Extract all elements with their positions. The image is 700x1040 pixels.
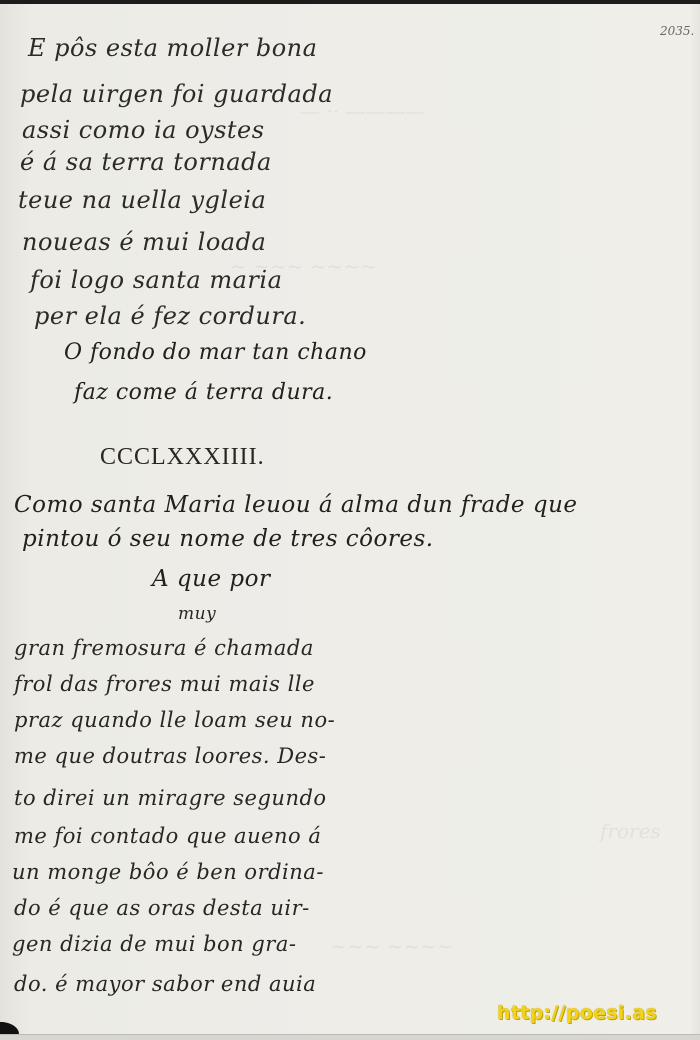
- verse-line: per ela é fez cordura.: [34, 302, 306, 330]
- body-line: me que doutras loores. Des-: [14, 744, 326, 768]
- site-watermark: http://poesi.as: [497, 1002, 657, 1024]
- body-line: un monge bôo é ben ordina-: [12, 860, 324, 884]
- body-line: praz quando lle loam seu no-: [14, 708, 335, 732]
- verse-line: noueas é mui loada: [22, 228, 266, 256]
- body-line: gran fremosura é chamada: [14, 636, 314, 660]
- manuscript-page: — ·· ———— ~ ~~~ ~~~~ frores ~~~ ~~~~ 203…: [0, 4, 700, 1034]
- interlinear-word: muy: [178, 604, 216, 624]
- body-line: to direi un miragre segundo: [14, 786, 327, 810]
- verse-line: E pôs esta moller bona: [28, 34, 317, 62]
- verse-line: teue na uella ygleia: [18, 186, 266, 214]
- verse-line: é á sa terra tornada: [20, 148, 272, 176]
- verse-line: foi logo santa maria: [30, 266, 282, 294]
- body-line: frol das frores mui mais lle: [14, 672, 315, 696]
- page-corner-shadow: [0, 1020, 22, 1034]
- rubric-line: Como santa Maria leuou á alma dun frade …: [14, 492, 578, 518]
- rubric-line: pintou ó seu nome de tres côores.: [22, 526, 434, 552]
- body-line: me foi contado que aueno á: [14, 824, 321, 848]
- verse-line: assi como ia oystes: [22, 116, 265, 144]
- refrain-line: O fondo do mar tan chano: [64, 340, 367, 365]
- bleed-through-text: ~~~ ~~~~: [330, 934, 454, 958]
- refrain-line: faz come á terra dura.: [74, 380, 333, 405]
- body-line: do é que as oras desta uir-: [14, 896, 310, 920]
- body-line: do. é mayor sabor end auia: [14, 972, 316, 996]
- opening-line: A que por: [152, 566, 270, 592]
- page-bottom-edge: [0, 1034, 700, 1040]
- folio-number: 2035.: [660, 24, 694, 38]
- body-line: gen dizia de mui bon gra-: [12, 932, 296, 956]
- bleed-through-text: frores: [600, 819, 661, 843]
- cantiga-number: CCCLXXXIIII.: [100, 444, 265, 471]
- verse-line: pela uirgen foi guardada: [20, 80, 333, 108]
